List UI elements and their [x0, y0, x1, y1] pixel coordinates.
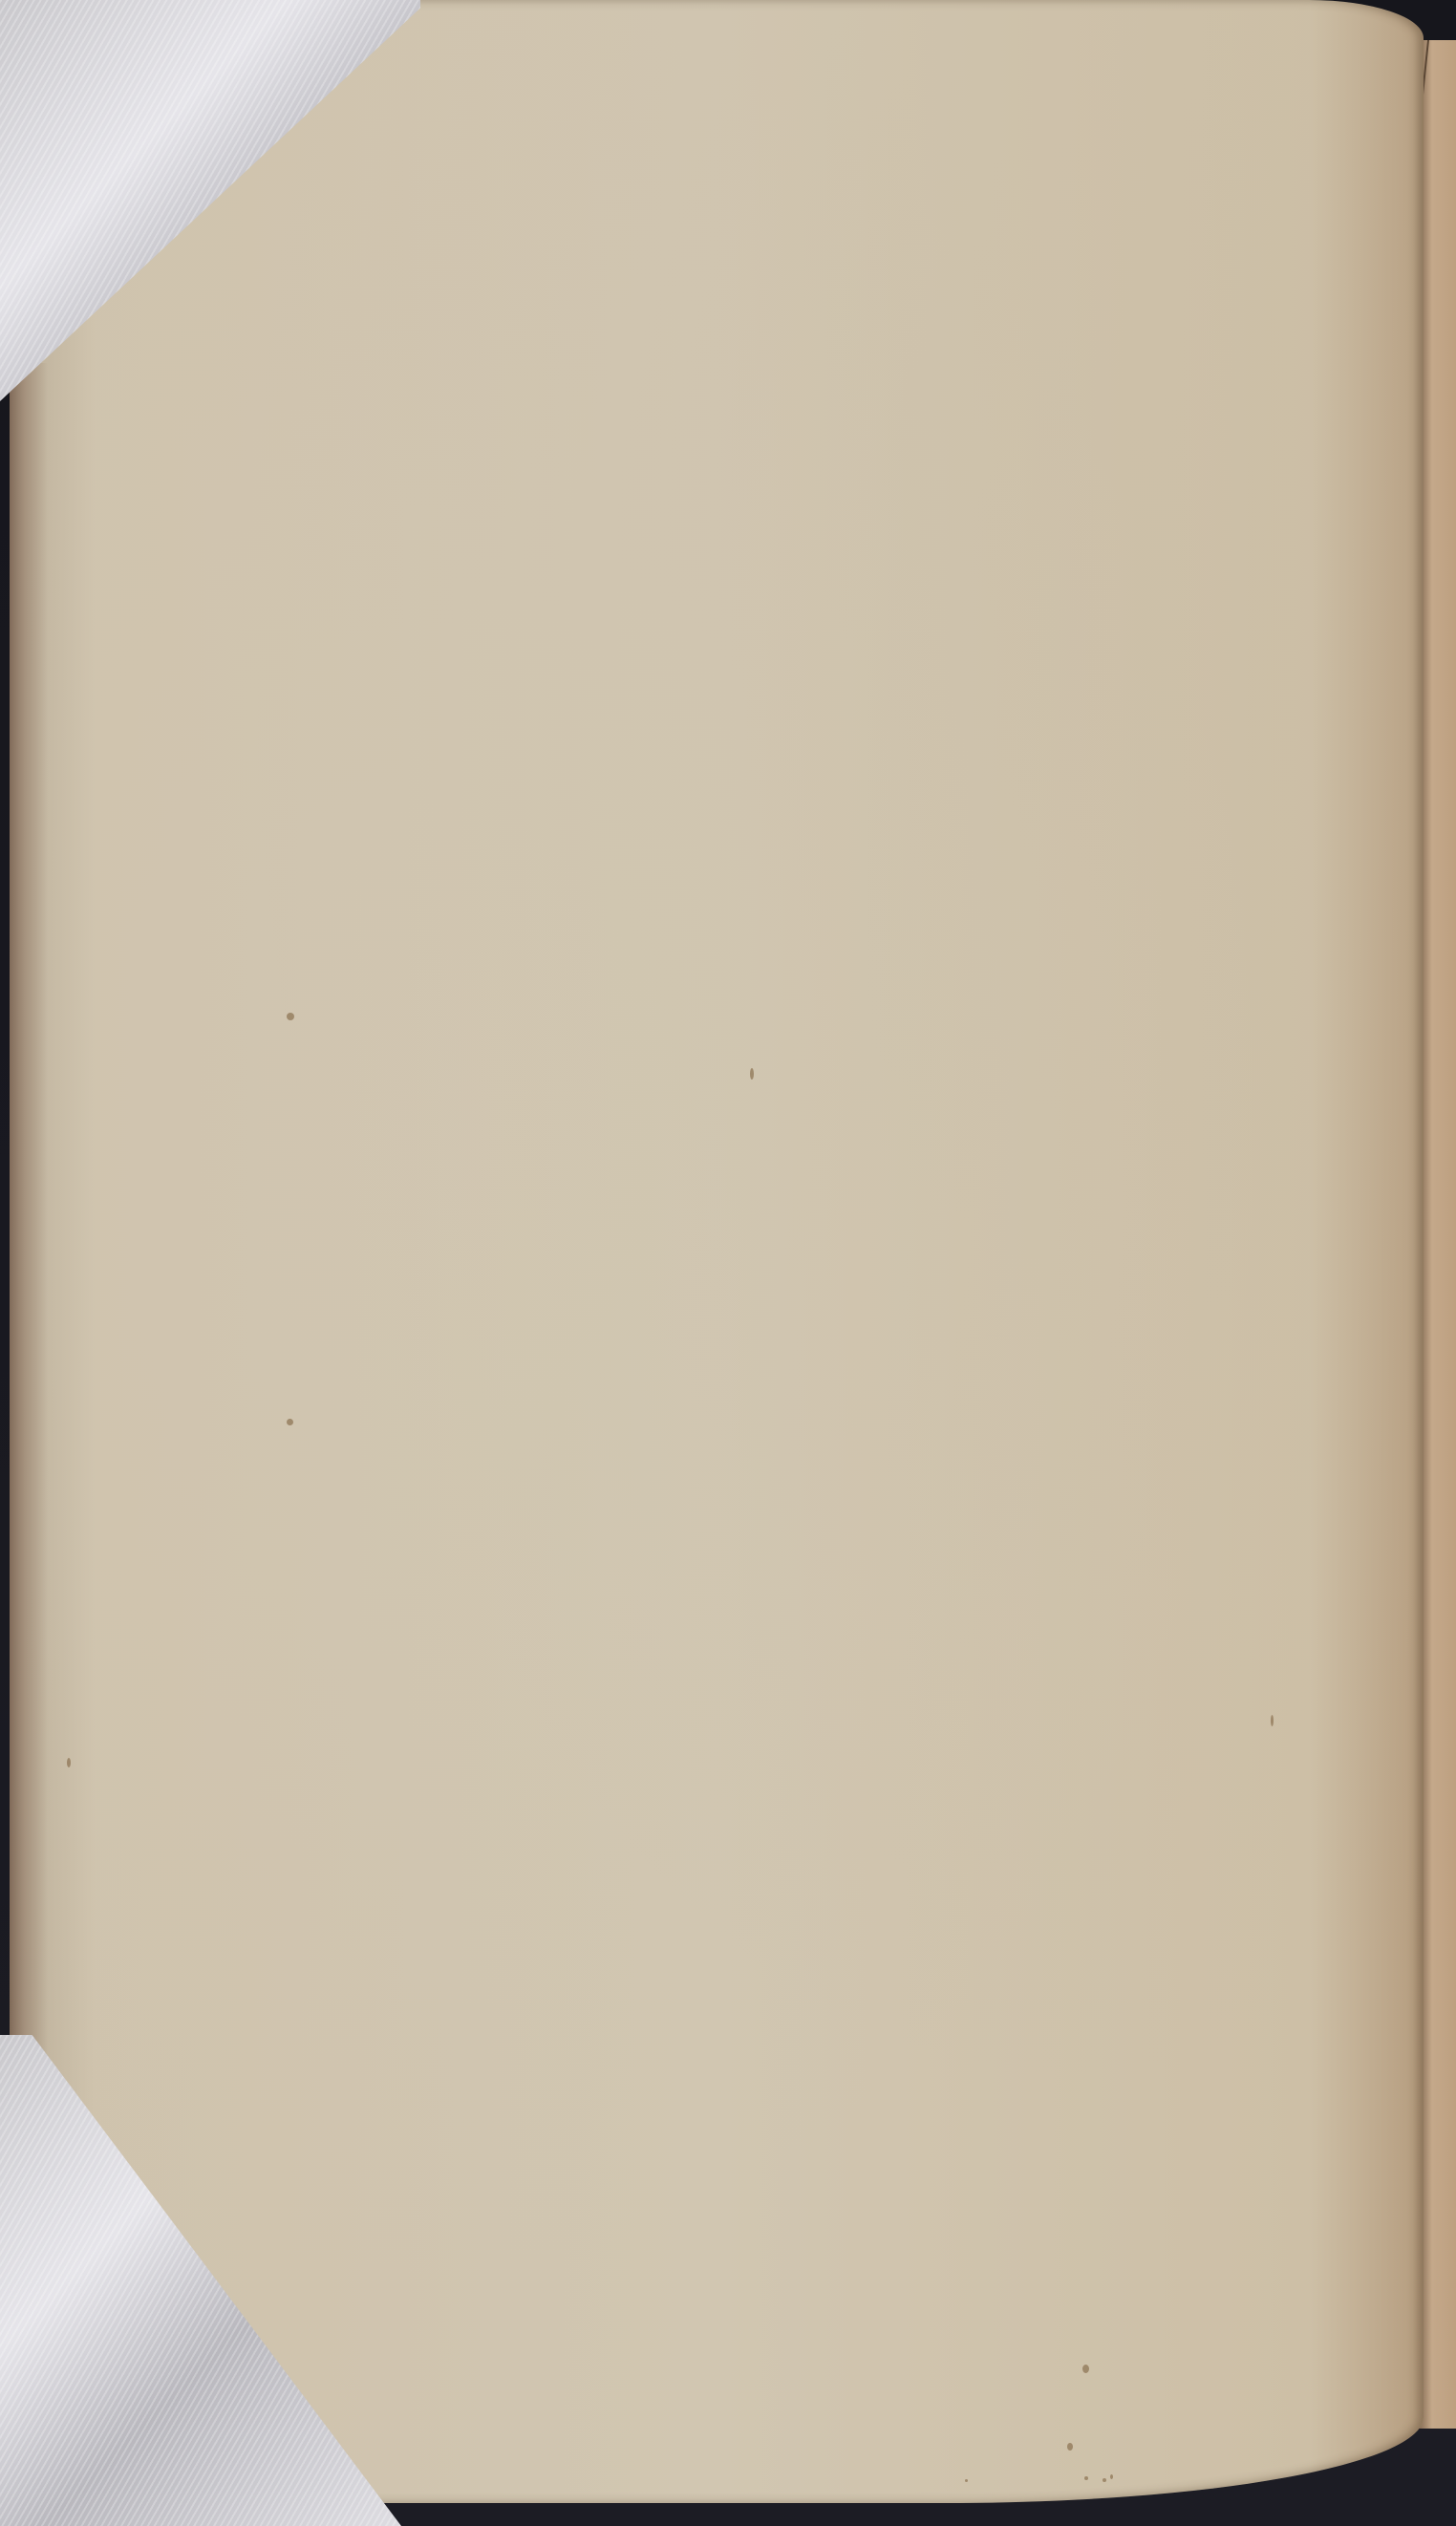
paper-speck	[750, 1068, 754, 1080]
paper-speck	[965, 2479, 968, 2482]
paper-speck	[1082, 2365, 1089, 2373]
paper-speck	[1271, 1715, 1274, 1726]
paper-speck	[1067, 2443, 1073, 2451]
paper-speck	[1084, 2476, 1088, 2480]
paper-speck	[1110, 2474, 1113, 2479]
paper-speck	[287, 1419, 293, 1425]
binding-gutter	[10, 363, 48, 2083]
photo-scene	[0, 0, 1456, 2526]
paper-speck	[287, 1013, 294, 1020]
paper-speck	[1103, 2478, 1106, 2482]
paper-speck	[67, 1758, 71, 1767]
blank-book-page	[10, 0, 1424, 2503]
